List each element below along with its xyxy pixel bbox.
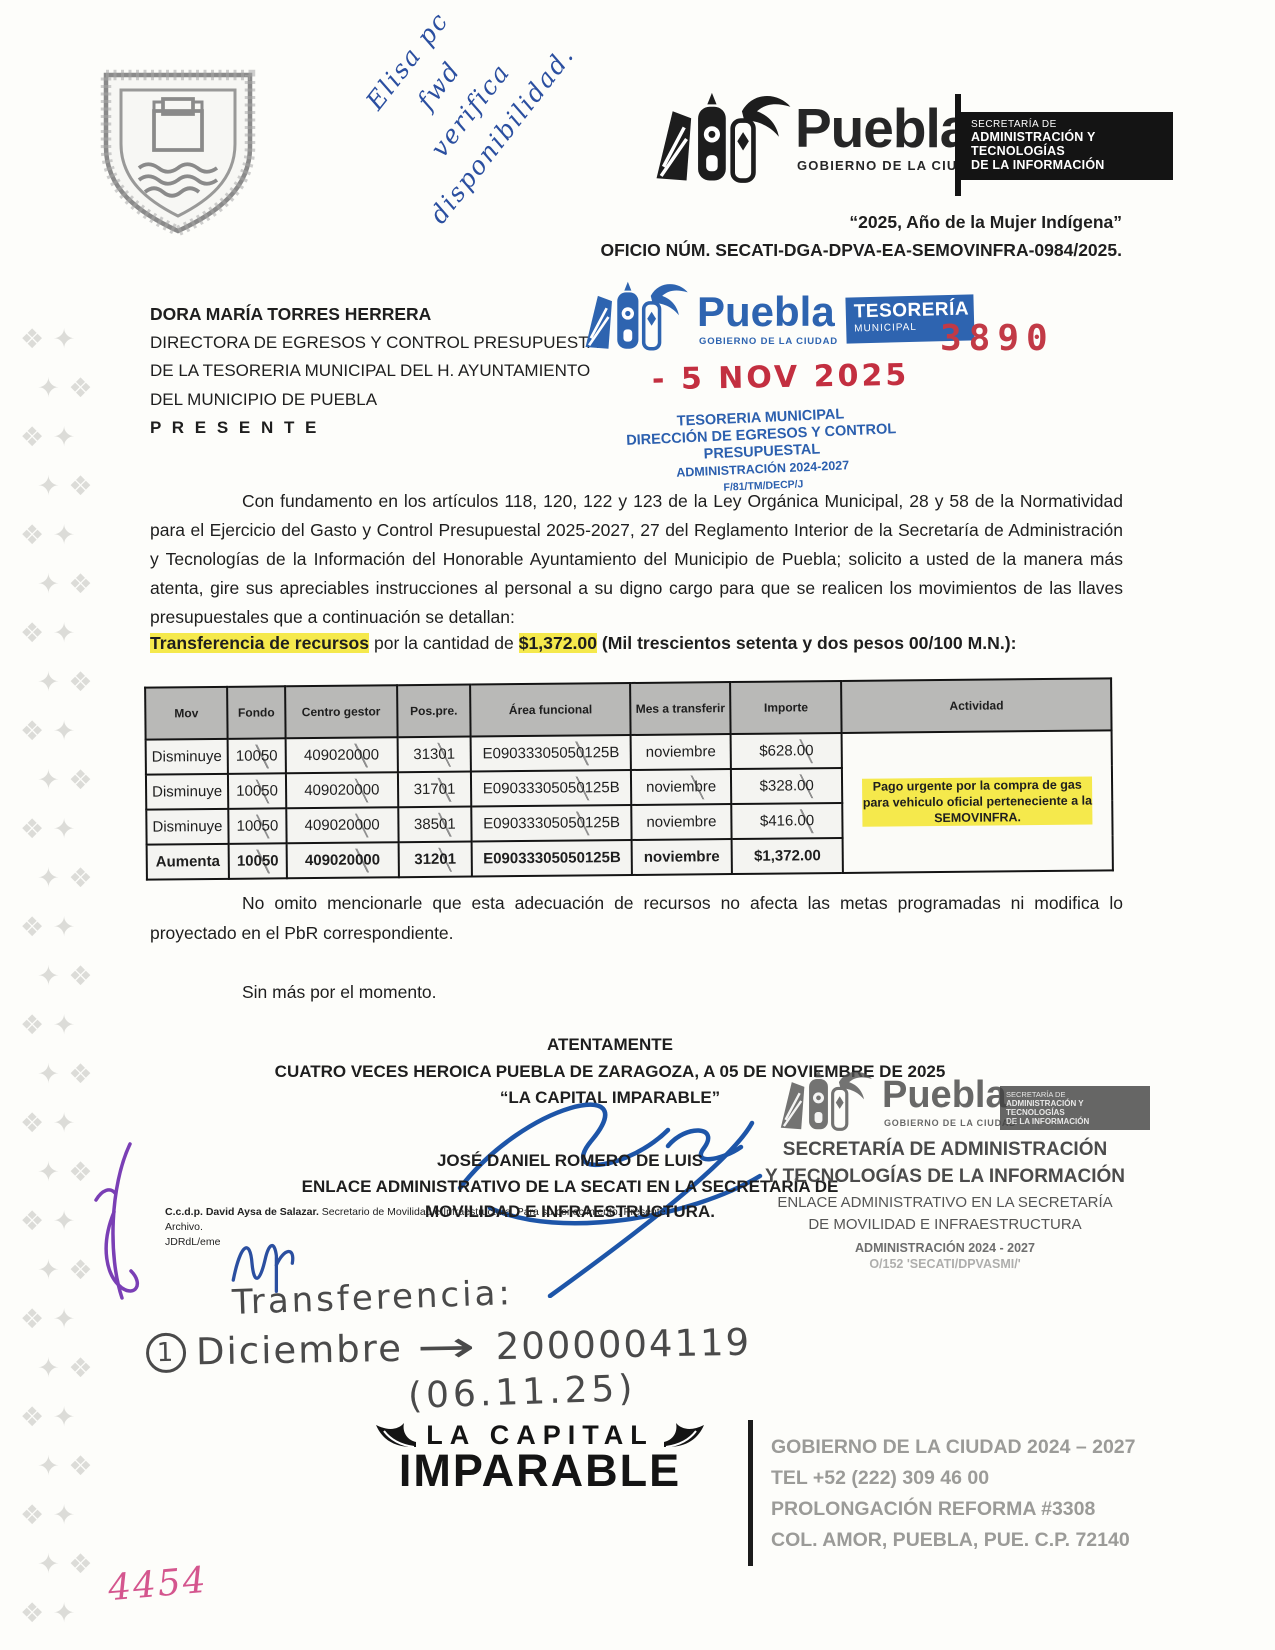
cell-area: E09033305050125B	[471, 770, 631, 807]
address-line: PROLONGACIÓN REFORMA #3308	[771, 1494, 1135, 1525]
budget-table-wrap: Mov Fondo Centro gestor Pos.pre. Área fu…	[144, 677, 1114, 880]
secati-stamp-role: ENLACE ADMINISTRATIVO EN LA SECRETARÍA D…	[770, 1192, 1120, 1236]
secati-stamp-title: SECRETARÍA DE ADMINISTRACIÓN Y TECNOLOGÍ…	[760, 1136, 1130, 1190]
cell-fondo: 10050	[228, 738, 286, 774]
purple-initials-ink	[82, 1138, 154, 1303]
secretaria-banner: SECRETARÍA DE ADMINISTRACIÓN Y TECNOLOGÍ…	[961, 112, 1173, 180]
stamp-banner-line: ADMINISTRACIÓN Y TECNOLOGÍAS	[1006, 1099, 1144, 1117]
cc-recipient: C.c.d.p. David Aysa de Salazar.	[165, 1206, 319, 1218]
oficio-number: OFICIO NÚM. SECATI-DGA-DPVA-EA-SEMOVINFR…	[420, 240, 1122, 261]
year-motto: “2025, Año de la Mujer Indígena”	[420, 212, 1122, 233]
secretaria-line: ADMINISTRACIÓN Y TECNOLOGÍAS	[971, 130, 1163, 158]
recipient-title: DIRECTORA DE EGRESOS Y CONTROL PRESUPUES…	[150, 329, 608, 358]
wing-right-icon	[662, 1421, 706, 1451]
presente-label: P R E S E N T E	[150, 414, 608, 443]
col-centro-gestor: Centro gestor	[285, 685, 397, 738]
secati-stamp-banner: SECRETARÍA DE ADMINISTRACIÓN Y TECNOLOGÍ…	[1000, 1086, 1150, 1130]
cell-centro: 409020000	[286, 772, 398, 808]
talavera-watermark-pattern	[20, 315, 120, 1650]
cell-mes: noviembre	[632, 839, 732, 875]
cell-fondo: 10050	[229, 843, 287, 879]
puebla-logo-icon	[645, 90, 795, 188]
cell-centro: 409020000	[286, 737, 398, 773]
stamp-admin-line: O/152 'SECATI/DPVASMI/'	[790, 1256, 1100, 1272]
body-paragraph-3: Sin más por el momento.	[242, 982, 437, 1003]
atentamente-label: ATENTAMENTE	[150, 1032, 1070, 1059]
recipient-block: DORA MARÍA TORRES HERRERA DIRECTORA DE E…	[150, 300, 608, 443]
puebla-coat-of-arms-seal	[88, 60, 268, 240]
col-actividad: Actividad	[841, 678, 1111, 733]
stamp-admin-line: ADMINISTRACIÓN 2024 - 2027	[790, 1240, 1100, 1256]
handwritten-transfer-item: 1 Diciembre → 2000004119	[146, 1317, 752, 1379]
transfer-amount-words: (Mil trescientos setenta y dos pesos 00/…	[597, 633, 1016, 653]
cell-importe: $328.00	[731, 768, 843, 804]
cell-actividad: Pago urgente por la compra de gas para v…	[842, 730, 1113, 873]
cc-note: Secretario de Movilidad e Infraestructur…	[319, 1206, 669, 1218]
cell-pos: 31201	[398, 842, 472, 878]
wordmark-line2: IMPARABLE	[370, 1445, 710, 1497]
scanned-official-letter: Elisa pc fwd verifica disponibilidad. Pu…	[0, 0, 1275, 1650]
received-folio-number: 3890	[940, 318, 1055, 359]
cell-mov: Disminuye	[146, 774, 228, 810]
handwritten-reference-number: 2000004119	[495, 1321, 751, 1368]
handwritten-date: (06.11.25)	[407, 1368, 637, 1417]
handwritten-arrow: →	[416, 1322, 473, 1374]
stamp-role-line: DE MOVILIDAD E INFRAESTRUCTURA	[770, 1214, 1120, 1236]
cell-mes: noviembre	[631, 804, 731, 840]
stamp-title-line: Y TECNOLOGÍAS DE LA INFORMACIÓN	[760, 1163, 1130, 1190]
cell-area: E09033305050125B	[471, 735, 631, 772]
cell-pos: 31701	[397, 772, 471, 808]
address-line: COL. AMOR, PUEBLA, PUE. C.P. 72140	[771, 1525, 1135, 1556]
col-importe: Importe	[730, 681, 842, 734]
transfer-amount-line: Transferencia de recursos por la cantida…	[150, 633, 1150, 654]
stamp-banner-line: DE LA INFORMACIÓN	[1006, 1117, 1144, 1126]
la-capital-imparable-wordmark: LA CAPITAL IMPARABLE	[370, 1420, 710, 1497]
cell-importe: $1,372.00	[732, 838, 844, 874]
handwritten-pink-folio: 4454	[106, 1560, 209, 1610]
cc-line: C.c.d.p. David Aysa de Salazar. Secretar…	[165, 1205, 745, 1220]
brand-wordmark: Puebla	[795, 96, 969, 160]
circled-number: 1	[146, 1332, 187, 1373]
address-line: GOBIERNO DE LA CIUDAD 2024 – 2027	[771, 1432, 1135, 1463]
cell-mes: noviembre	[631, 734, 731, 770]
footer-address-block: GOBIERNO DE LA CIUDAD 2024 – 2027 TEL +5…	[748, 1420, 1135, 1566]
received-date-stamp: - 5 NOV 2025	[652, 358, 910, 397]
activity-highlight: Pago urgente por la compra de gas para v…	[862, 777, 1092, 827]
cell-area: E09033305050125B	[472, 805, 632, 842]
cell-pos: 31301	[397, 737, 471, 773]
secretaria-line: SECRETARÍA DE	[971, 119, 1163, 130]
secati-stamp-brand-sub: GOBIERNO DE LA CIUDAD	[884, 1118, 1016, 1128]
cell-pos: 38501	[398, 807, 472, 843]
stamp-title-line: SECRETARÍA DE ADMINISTRACIÓN	[760, 1136, 1130, 1163]
tesoreria-stamp-logo-icon	[575, 280, 693, 354]
secretaria-line: DE LA INFORMACIÓN	[971, 158, 1163, 172]
tesoreria-stamp-brand: Puebla	[697, 288, 835, 336]
stamp-banner-line: SECRETARÍA DE	[1006, 1090, 1144, 1099]
secati-stamp-admin: ADMINISTRACIÓN 2024 - 2027 O/152 'SECATI…	[790, 1240, 1100, 1272]
body-paragraph-2: No omito mencionarle que esta adecuación…	[150, 888, 1123, 948]
col-fondo: Fondo	[227, 686, 285, 739]
body-paragraph-1: Con fundamento en los artículos 118, 120…	[150, 487, 1123, 632]
cell-centro: 409020000	[287, 842, 399, 878]
transfer-amount-highlight: $1,372.00	[519, 633, 597, 653]
transfer-mid-text: por la cantidad de	[369, 633, 519, 653]
table-header-row: Mov Fondo Centro gestor Pos.pre. Área fu…	[145, 678, 1111, 739]
col-mes: Mes a transferir	[630, 682, 730, 735]
stamp-role-line: ENLACE ADMINISTRATIVO EN LA SECRETARÍA	[770, 1192, 1120, 1214]
col-pos-pre: Pos.pre.	[397, 685, 471, 738]
cell-fondo: 10050	[228, 808, 286, 844]
col-area-funcional: Área funcional	[470, 683, 630, 737]
cell-centro: 409020000	[286, 807, 398, 843]
recipient-title: DEL MUNICIPIO DE PUEBLA	[150, 386, 608, 415]
recipient-name: DORA MARÍA TORRES HERRERA	[150, 300, 608, 329]
cell-mov: Disminuye	[146, 739, 228, 775]
cell-mov: Aumenta	[147, 844, 229, 880]
cell-mes: noviembre	[631, 769, 731, 805]
handwritten-month: Diciembre	[196, 1327, 404, 1374]
cell-mov: Disminuye	[146, 809, 228, 845]
cell-importe: $416.00	[731, 803, 843, 839]
transfer-label-highlight: Transferencia de recursos	[150, 633, 369, 653]
budget-transfer-table: Mov Fondo Centro gestor Pos.pre. Área fu…	[144, 677, 1114, 880]
secati-stamp-logo-icon	[768, 1068, 880, 1134]
handwritten-note-top: Elisa pc fwd verifica disponibilidad.	[315, 0, 595, 246]
handwritten-transfer-title: Transferencia:	[231, 1273, 513, 1323]
recipient-title: DE LA TESORERIA MUNICIPAL DEL H. AYUNTAM…	[150, 357, 608, 386]
cell-importe: $628.00	[730, 733, 842, 769]
secati-stamp-brand: Puebla	[882, 1074, 1007, 1117]
cell-area: E09033305050125B	[472, 840, 632, 877]
col-mov: Mov	[145, 687, 228, 740]
cell-fondo: 10050	[228, 773, 286, 809]
tesoreria-stamp-brand-sub: GOBIERNO DE LA CIUDAD	[699, 336, 838, 347]
address-line: TEL +52 (222) 309 46 00	[771, 1463, 1135, 1494]
